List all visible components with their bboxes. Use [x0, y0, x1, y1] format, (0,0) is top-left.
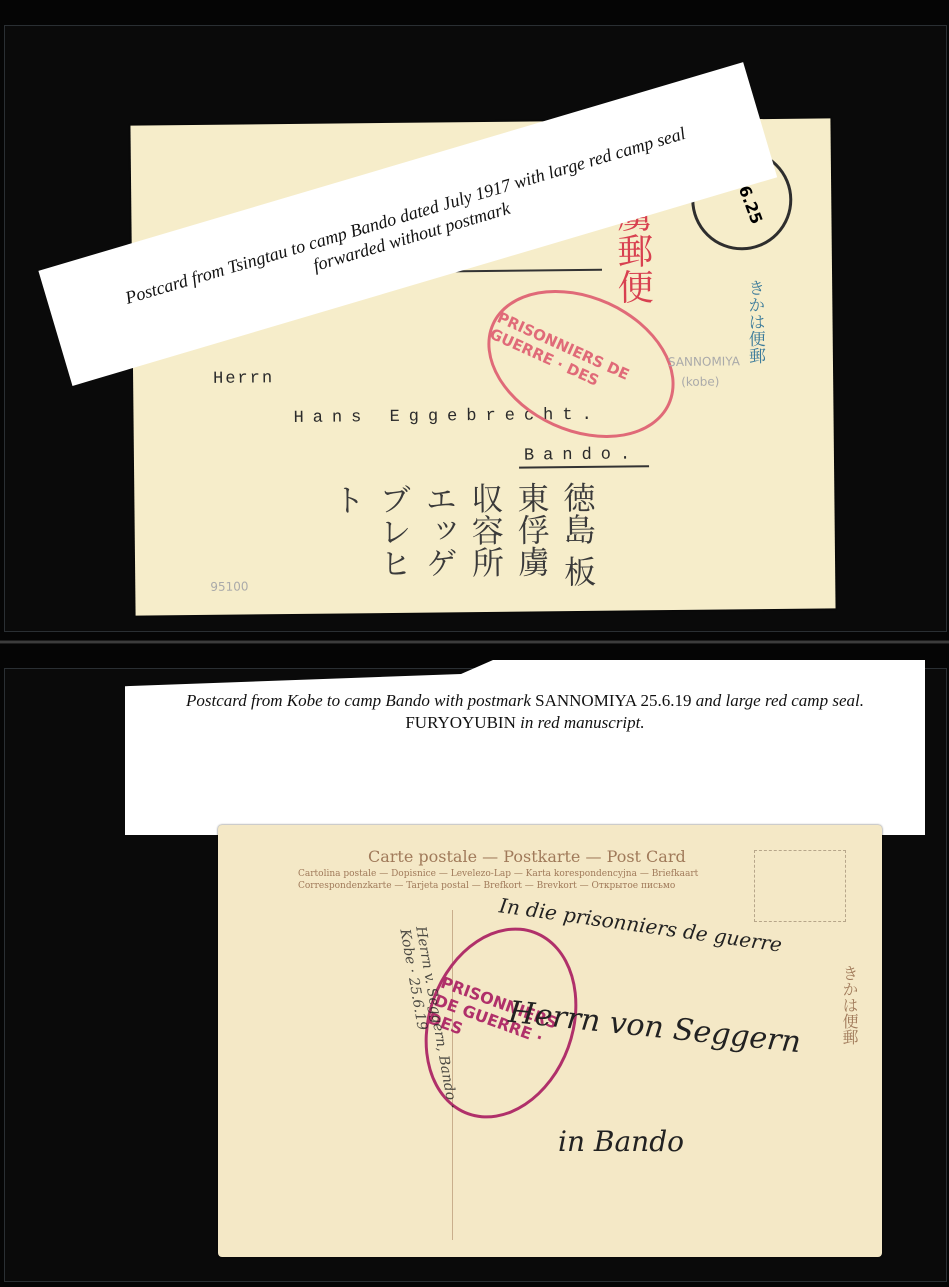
camp-seal: PRISONNIERS DE GUERRE · DES	[464, 262, 699, 467]
pencil-note-1: SANNOMIYA	[668, 354, 740, 369]
caption-bottom-line1: Postcard from Kobe to camp Bando with po…	[125, 690, 925, 712]
card-title: Carte postale — Postkarte — Post Card	[368, 847, 686, 866]
caption-bottom: Postcard from Kobe to camp Bando with po…	[125, 660, 925, 835]
blue-vertical-text: きかは便郵	[742, 279, 768, 364]
postcard-kobe: Carte postale — Postkarte — Post Card Ca…	[218, 825, 882, 1257]
catalogue-note: 95100	[210, 579, 248, 593]
stamp-box	[754, 850, 846, 922]
pencil-note-2: (kobe)	[681, 375, 719, 389]
caption-bottom-line2: FURYOYUBIN in red manuscript.	[125, 712, 925, 734]
handwritten-line-4: in Bando	[558, 1125, 684, 1158]
card-subtitle-2: Correspondenzkarte — Tarjeta postal — Br…	[298, 881, 675, 891]
address-salutation: Herrn	[213, 369, 274, 389]
address-place: Bando.	[524, 445, 639, 465]
panel-divider	[0, 640, 949, 644]
vertical-japanese: きかは便郵	[838, 965, 861, 1045]
card-subtitle-1: Cartolina postale — Dopisnice — Levelezo…	[298, 869, 698, 879]
place-underline	[519, 465, 649, 468]
japanese-address: 徳島 板東俘虜収容所 エッゲブレヒト	[324, 481, 601, 604]
